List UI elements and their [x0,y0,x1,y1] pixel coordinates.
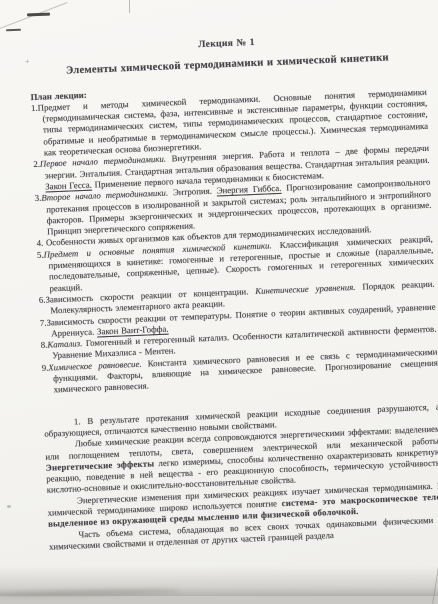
scanned-document-screenshot: { "page": { "title_line1": "Лекция № 1",… [0,0,438,604]
scan-speck [7,505,11,508]
text-run: Энтропия. [168,186,217,198]
text-run: Закон Гесса. [45,180,92,192]
text-run: Катализ. [47,338,82,349]
plan-list: 1.Предмет и методы химической термодинам… [31,87,438,397]
scan-crease-line [129,0,130,13]
body-paragraphs: 1. В результате протекания химической ре… [44,401,438,553]
lecture-main-title: Элементы химической термодинамики и хими… [29,51,425,79]
document-content: Лекция № 1 Элементы химической термодина… [28,22,438,553]
